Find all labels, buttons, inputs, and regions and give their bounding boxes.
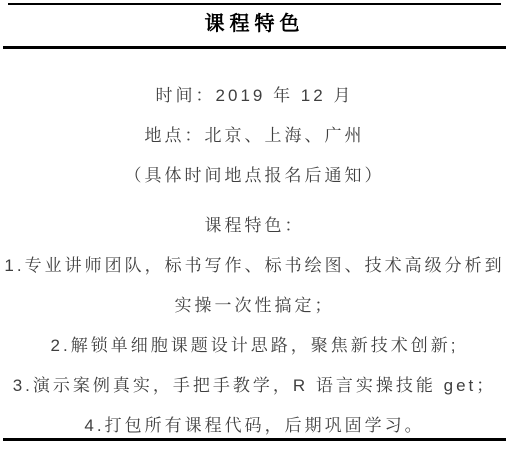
line-features-heading: 课程特色：	[0, 206, 509, 246]
line-location: 地点：北京、上海、广州	[0, 116, 509, 156]
body-text-block: 时间：2019 年 12 月 地点：北京、上海、广州 （具体时间地点报名后通知）…	[0, 76, 509, 446]
line-feature-2: 2.解锁单细胞课题设计思路，聚焦新技术创新;	[0, 326, 509, 366]
title-underline-divider	[3, 46, 506, 49]
line-time: 时间：2019 年 12 月	[0, 76, 509, 116]
bottom-divider-line	[3, 438, 506, 441]
page-title: 课程特色	[0, 11, 509, 37]
top-divider-line	[8, 3, 501, 5]
line-feature-1-cont: 实操一次性搞定；	[0, 286, 509, 326]
line-notice: （具体时间地点报名后通知）	[0, 156, 509, 196]
line-feature-3: 3.演示案例真实，手把手教学，R 语言实操技能 get；	[0, 366, 509, 406]
line-feature-1: 1.专业讲师团队，标书写作、标书绘图、技术高级分析到	[0, 246, 509, 286]
course-features-section: 课程特色 时间：2019 年 12 月 地点：北京、上海、广州 （具体时间地点报…	[0, 0, 509, 452]
